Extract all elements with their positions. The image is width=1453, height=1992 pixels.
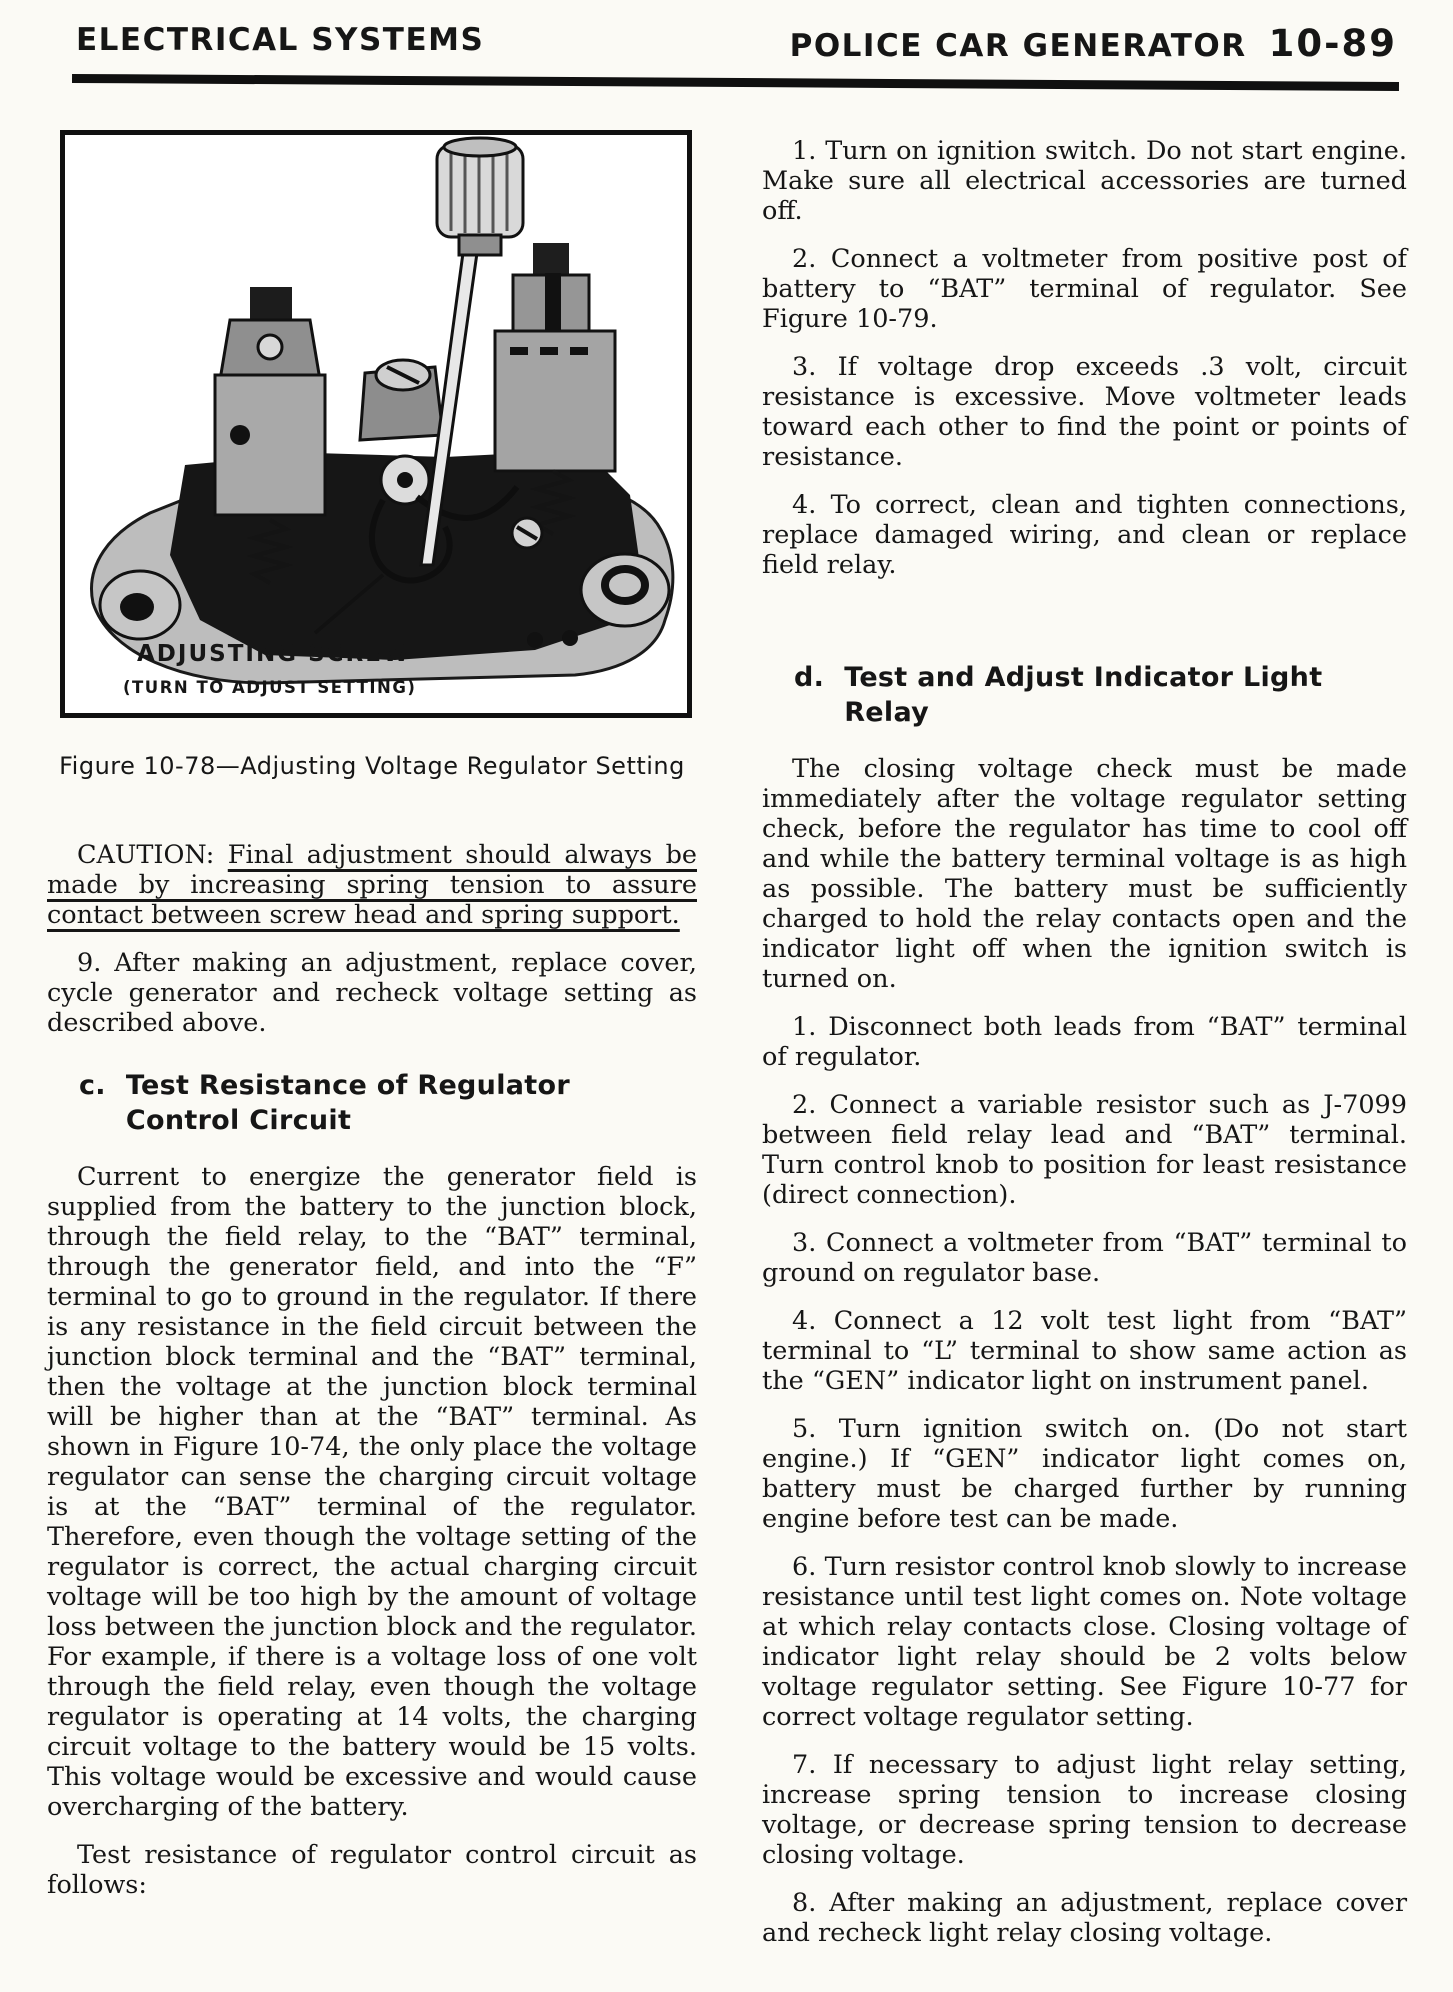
chapter-title: POLICE CAR GENERATOR10-89	[790, 22, 1397, 65]
paragraph-test-intro: Test resistance of regulator control cir…	[47, 1840, 697, 1900]
section-d-title: Test and Adjust Indicator Light Relay	[844, 660, 1407, 730]
relay-tower-left-contact	[230, 425, 250, 445]
step-item: 4. Connect a 12 volt test light from “BA…	[762, 1306, 1407, 1396]
mounting-ear-right	[581, 554, 669, 626]
relay-tower-right-cap	[533, 243, 569, 277]
base-hole-1	[527, 632, 543, 648]
relay-tower-left-body	[215, 375, 325, 515]
figure-caption: Figure 10-78—Adjusting Voltage Regulator…	[47, 752, 697, 780]
section-title: ELECTRICAL SYSTEMS	[76, 22, 484, 58]
mounting-hole-left	[120, 593, 154, 621]
step-item: 4. To correct, clean and tighten connect…	[762, 490, 1407, 580]
screwdriver-ferrule	[459, 235, 501, 255]
step-item: 1. Turn on ignition switch. Do not start…	[762, 136, 1407, 226]
step-item: 3. If voltage drop exceeds .3 volt, circ…	[762, 352, 1407, 472]
step-9: 9. After making an adjustment, replace c…	[47, 948, 697, 1038]
paragraph-control-circuit: Current to energize the generator field …	[47, 1162, 697, 1822]
step-item: 3. Connect a voltmeter from “BAT” termin…	[762, 1228, 1407, 1288]
step-item: 2. Connect a variable resistor such as J…	[762, 1090, 1407, 1210]
right-column: 1. Turn on ignition switch. Do not start…	[762, 136, 1407, 1966]
relay-slot-1	[510, 347, 528, 355]
step-item: 6. Turn resistor control knob slowly to …	[762, 1552, 1407, 1732]
section-c-title: Test Resistance of RegulatorControl Circ…	[126, 1068, 570, 1138]
section-d-heading: d. Test and Adjust Indicator Light Relay	[794, 660, 1407, 730]
section-c-label: c.	[79, 1068, 106, 1138]
left-column: ADJUSTING SCREW (TURN TO ADJUST SETTING)…	[47, 130, 697, 1918]
regulator-photo-illustration	[65, 135, 687, 713]
caution-paragraph: CAUTION: Final adjustment should always …	[47, 840, 697, 930]
contact-point	[397, 472, 413, 488]
relay-slot-2	[540, 347, 558, 355]
relay-slot-3	[570, 347, 588, 355]
page-number: 10-89	[1269, 22, 1397, 65]
chapter-name: POLICE CAR GENERATOR	[790, 28, 1247, 64]
screwdriver-handle-cap	[444, 138, 516, 156]
step-item: 7. If necessary to adjust light relay se…	[762, 1750, 1407, 1870]
step-item: 5. Turn ignition switch on. (Do not star…	[762, 1414, 1407, 1534]
adjusting-screw-sublabel: (TURN TO ADJUST SETTING)	[123, 678, 416, 697]
base-hole-2	[562, 630, 578, 646]
step-item: 8. After making an adjustment, replace c…	[762, 1888, 1407, 1948]
adjusting-screw-label: ADJUSTING SCREW	[137, 641, 410, 667]
section-d-label: d.	[794, 660, 824, 730]
step-item: 1. Disconnect both leads from “BAT” term…	[762, 1012, 1407, 1072]
relay-tower-left-cap	[250, 287, 292, 323]
caution-label: CAUTION:	[77, 840, 228, 870]
section-c-heading: c. Test Resistance of RegulatorControl C…	[79, 1068, 697, 1138]
relay-tower-left-screw	[258, 335, 282, 359]
header-rule	[72, 74, 1399, 91]
relay-tower-right-post	[545, 273, 561, 333]
paragraph-closing-voltage: The closing voltage check must be made i…	[762, 754, 1407, 994]
step-item: 2. Connect a voltmeter from positive pos…	[762, 244, 1407, 334]
manual-page: ELECTRICAL SYSTEMS POLICE CAR GENERATOR1…	[0, 0, 1453, 1992]
figure-box: ADJUSTING SCREW (TURN TO ADJUST SETTING)	[60, 130, 692, 718]
